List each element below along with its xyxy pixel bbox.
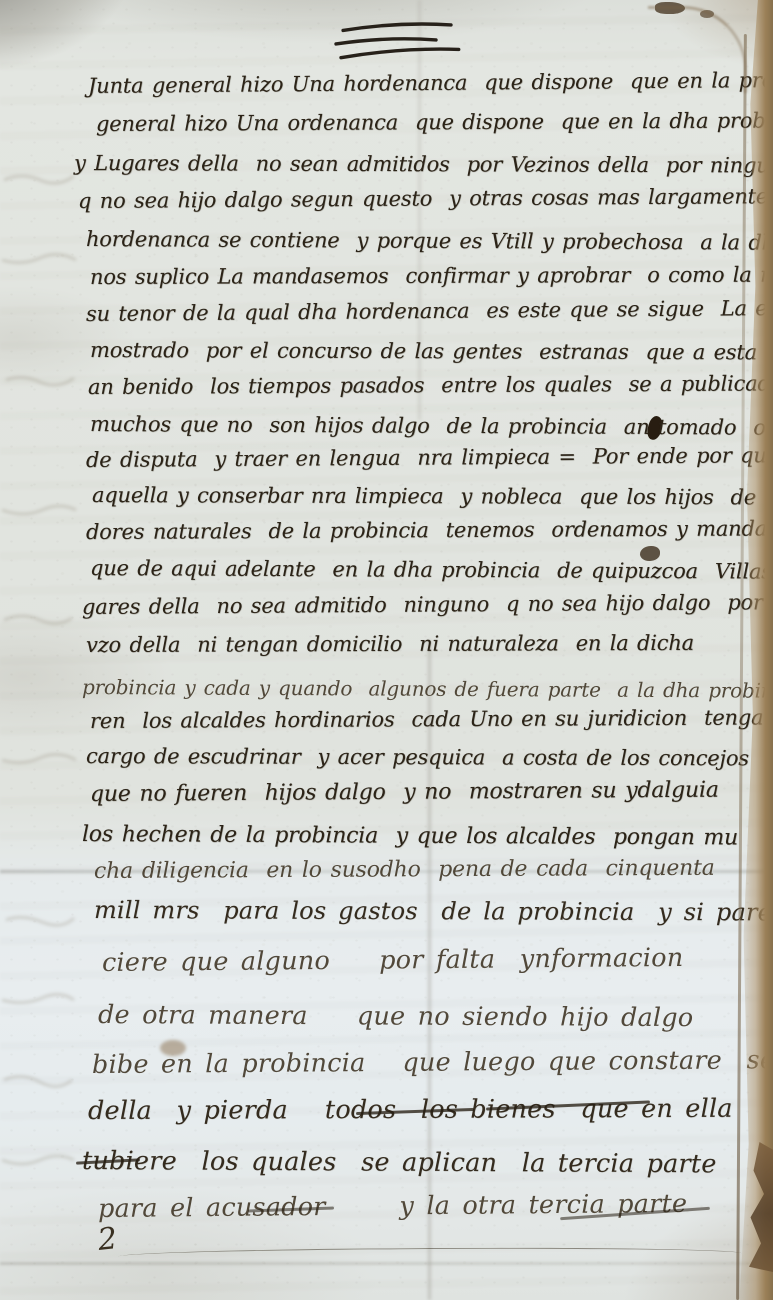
manuscript-line: que de aqui adelante en la dha probincia…	[90, 556, 773, 584]
manuscript-line: ciere que alguno por falta ynformacion	[102, 943, 684, 978]
manuscript-line: gares della no sea admitido ninguno q no…	[82, 590, 763, 619]
manuscript-line: los hechen de la probincia y que los alc…	[82, 822, 738, 850]
manuscript-line: aquella y conserbar nra limpieca y noble…	[92, 483, 773, 510]
manuscript-line: cargo de escudrinar y acer pesquica a co…	[86, 744, 773, 771]
manuscript-line: para el acusador y la otra tercia parte	[98, 1189, 688, 1224]
manuscript-line: hordenanca se contiene y porque es Vtill…	[86, 227, 773, 255]
manuscript-line: muchos que no son hijos dalgo de la prob…	[90, 412, 773, 440]
manuscript-line: mill mrs para los gastos de la probincia…	[94, 896, 772, 926]
manuscript-line: dores naturales de la probincia tenemos …	[86, 516, 773, 544]
manuscript-line: cha diligencia en lo susodho pena de cad…	[94, 856, 715, 884]
manuscript-line: ren los alcaldes hordinarios cada Uno en…	[90, 705, 773, 733]
manuscript-line: mostrado por el concurso de las gentes e…	[90, 338, 773, 365]
manuscript-line: vzo della ni tengan domicilio ni natural…	[86, 631, 694, 657]
manuscript-line: de disputa y traer en lengua nra limpiec…	[86, 443, 773, 472]
manuscript-line: de otra manera que no siendo hijo dalgo	[98, 1000, 694, 1033]
manuscript-line: general hizo Una ordenanca que dispone q…	[96, 108, 773, 136]
manuscript-page-photo: Junta general hizo Una hordenanca que di…	[0, 0, 773, 1300]
manuscript-line: q no sea hijo dalgo segun questo y otras…	[78, 183, 773, 213]
manuscript-line: bibe en la probincia que luego que const…	[92, 1044, 773, 1080]
folio-number: 2	[96, 1221, 119, 1258]
manuscript-line: tubiere los quales se aplican la tercia …	[82, 1146, 717, 1179]
manuscript-line: an benido los tiempos pasados entre los …	[88, 371, 773, 399]
manuscript-line: y Lugares della no sean admitidos por Ve…	[74, 151, 773, 178]
manuscript-line: que no fueren hijos dalgo y no mostraren…	[90, 778, 719, 807]
manuscript-line: nos suplico La mandasemos confirmar y ap…	[90, 262, 773, 289]
manuscript-line: probincia y cada y quando algunos de fue…	[82, 675, 773, 703]
